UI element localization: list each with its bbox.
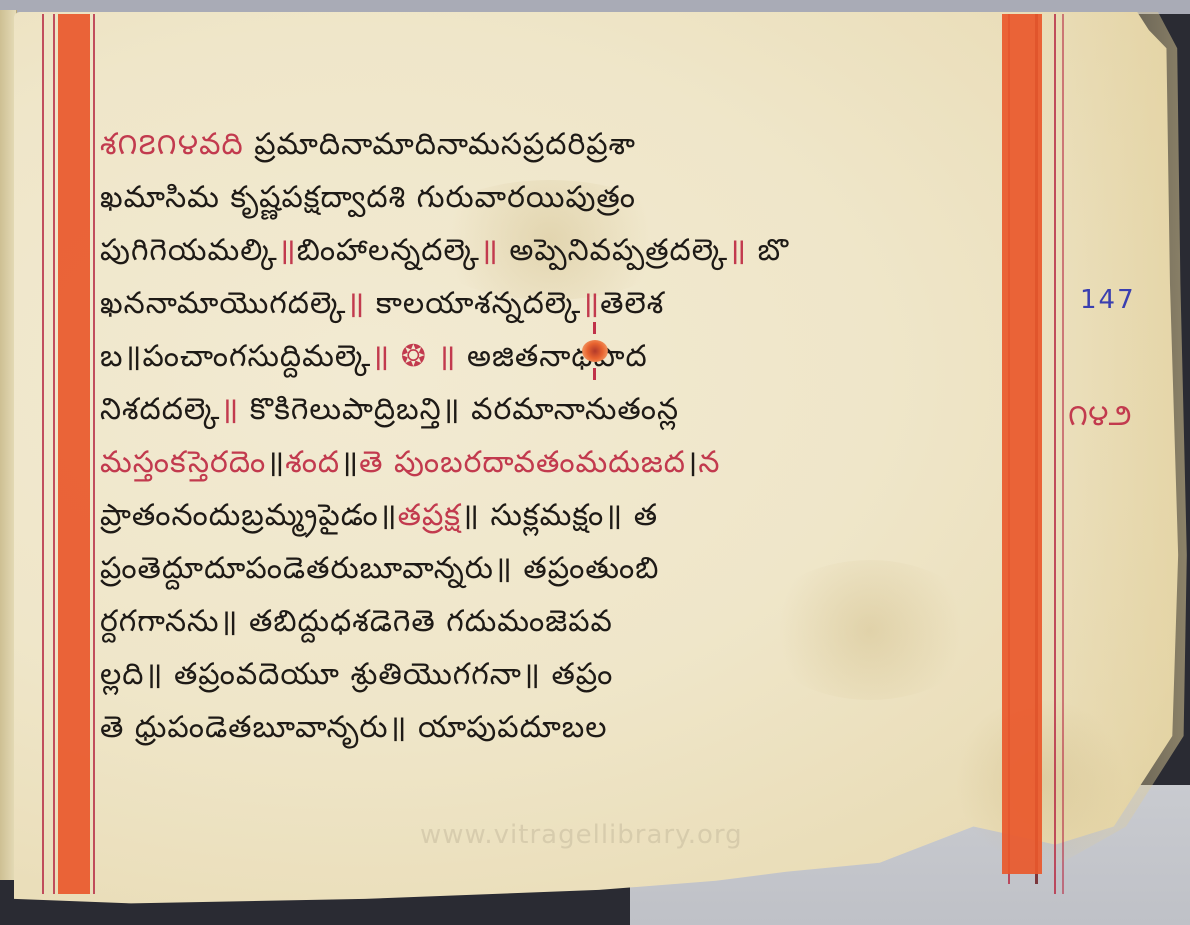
black-ink-text: కొకిగెలుపాద్రిబన్తి॥ వరమానానుతంన్ల bbox=[239, 392, 679, 427]
black-ink-text: తెలెశ bbox=[600, 286, 664, 321]
folio-number-red: ౧౪౨ bbox=[1068, 398, 1132, 440]
manuscript-text: శ౧౭౧౪వది ప్రమాదినామాదినామసప్రదరిప్రశాఖమా… bbox=[100, 118, 1015, 754]
manuscript-line: పుగిగెయమల్కి॥బింహాలన్నదల్కె॥ అప్పెనివప్ప… bbox=[100, 224, 1015, 277]
red-ink-text: ॥ bbox=[220, 392, 239, 427]
manuscript-line: ప్రంతెద్దూదూపండెతరుబూవాన్నరు॥ తప్రంతుంబి bbox=[100, 542, 1015, 595]
watermark: www.vitragellibrary.org bbox=[420, 820, 743, 850]
red-ink-text: శంద bbox=[285, 445, 340, 480]
red-ink-text: ॥ bbox=[728, 233, 747, 268]
red-ink-text: న bbox=[698, 445, 720, 480]
black-ink-text: అప్పెనివప్పత్రదల్కె bbox=[499, 233, 728, 268]
left-margin-rule-inner bbox=[93, 14, 95, 894]
manuscript-line: ఖమాసిమ కృష్ణపక్షద్వాదశి గురువారయిపుత్రం bbox=[100, 171, 1015, 224]
black-ink-text: ఖననామాయొగదల్కె bbox=[100, 286, 346, 321]
black-ink-text: ప్రమాదినామాదినామసప్రదరిప్రశా bbox=[254, 127, 636, 162]
manuscript-line: తె ధ్రుపండెతబూవానృరు॥ యాపుపదూబల bbox=[100, 701, 1015, 754]
folio-number-blue: 147 bbox=[1080, 285, 1136, 315]
manuscript-line: ప్రాతంనందుబ్రమ్మ్రపైడం॥తప్రక్ష॥ సుక్లమక్… bbox=[100, 489, 1015, 542]
black-ink-text: పుగిగెయమల్కి bbox=[100, 233, 278, 268]
black-ink-text: ల్లది॥ తప్రంవదెయూ శ్రుతియొగగనా॥ తప్రం bbox=[100, 657, 613, 692]
black-ink-text: ॥ సుక్లమక్షం॥ త bbox=[461, 498, 658, 533]
left-margin-rule bbox=[53, 14, 55, 894]
right-margin-rule-outer bbox=[1054, 14, 1056, 894]
scanner-backdrop-top bbox=[0, 0, 1190, 14]
left-margin-rule-outer bbox=[42, 14, 44, 894]
red-ink-text: తె పుంబరదావతంమదుజద bbox=[359, 445, 686, 480]
manuscript-line: ఖననామాయొగదల్కె॥ కాలయాశన్నదల్కె॥తెలెశ bbox=[100, 277, 1015, 330]
black-ink-text: బింహాలన్నదల్కె bbox=[297, 233, 480, 268]
manuscript-line: మస్తంకస్తెరదెం॥శంద॥తె పుంబరదావతంమదుజద।న bbox=[100, 436, 1015, 489]
manuscript-line: ల్లది॥ తప్రంవదెయూ శ్రుతియొగగనా॥ తప్రం bbox=[100, 648, 1015, 701]
right-margin-rule-faint bbox=[1062, 14, 1064, 894]
black-ink-text: ప్రాతంనందుబ్రమ్మ్రపైడం॥ bbox=[100, 498, 398, 533]
manuscript-line: నిశదదల్కె॥ కొకిగెలుపాద్రిబన్తి॥ వరమానాను… bbox=[100, 383, 1015, 436]
left-margin-orange-band bbox=[58, 14, 90, 894]
black-ink-text: । bbox=[686, 445, 698, 480]
black-ink-text: బ॥పంచాంగసుద్దిమల్కె bbox=[100, 339, 371, 374]
manuscript-line: శ౧౭౧౪వది ప్రమాదినామాదినామసప్రదరిప్రశా bbox=[100, 118, 1015, 171]
black-ink-text: కాలయాశన్నదల్కె bbox=[365, 286, 581, 321]
black-ink-text: బొ bbox=[747, 233, 789, 268]
red-ink-text: ॥ ❂ ॥ bbox=[371, 339, 456, 374]
red-ink-text: ॥ bbox=[346, 286, 365, 321]
red-sun-dot-ornament-icon bbox=[582, 340, 608, 362]
black-ink-text: అజితనాథపాద bbox=[456, 339, 647, 374]
red-ink-text: శ౧౭౧౪వది bbox=[100, 127, 254, 162]
manuscript-line: బ॥పంచాంగసుద్దిమల్కె॥ ❂ ॥ అజితనాథపాద bbox=[100, 330, 1015, 383]
black-ink-text: నిశదదల్కె bbox=[100, 392, 220, 427]
red-ink-text: మస్తంకస్తెరదెం bbox=[100, 445, 266, 480]
manuscript-line: ర్దగగానను॥ తబిద్దుధశడెగెతె గదుమంజెపవ bbox=[100, 595, 1015, 648]
red-ink-text: ॥ bbox=[480, 233, 499, 268]
red-ink-text: ॥ bbox=[278, 233, 297, 268]
black-ink-text: ॥ bbox=[340, 445, 359, 480]
black-ink-text: ఖమాసిమ కృష్ణపక్షద్వాదశి గురువారయిపుత్రం bbox=[100, 180, 636, 215]
black-ink-text: ర్దగగానను॥ తబిద్దుధశడెగెతె గదుమంజెపవ bbox=[100, 604, 613, 639]
black-ink-text: తె ధ్రుపండెతబూవానృరు॥ యాపుపదూబల bbox=[100, 710, 608, 745]
black-ink-text: ॥ bbox=[266, 445, 285, 480]
red-ink-text: తప్రక్ష bbox=[398, 498, 461, 533]
black-ink-text: ప్రంతెద్దూదూపండెతరుబూవాన్నరు॥ తప్రంతుంబి bbox=[100, 551, 659, 586]
red-ink-text: ॥ bbox=[581, 286, 600, 321]
